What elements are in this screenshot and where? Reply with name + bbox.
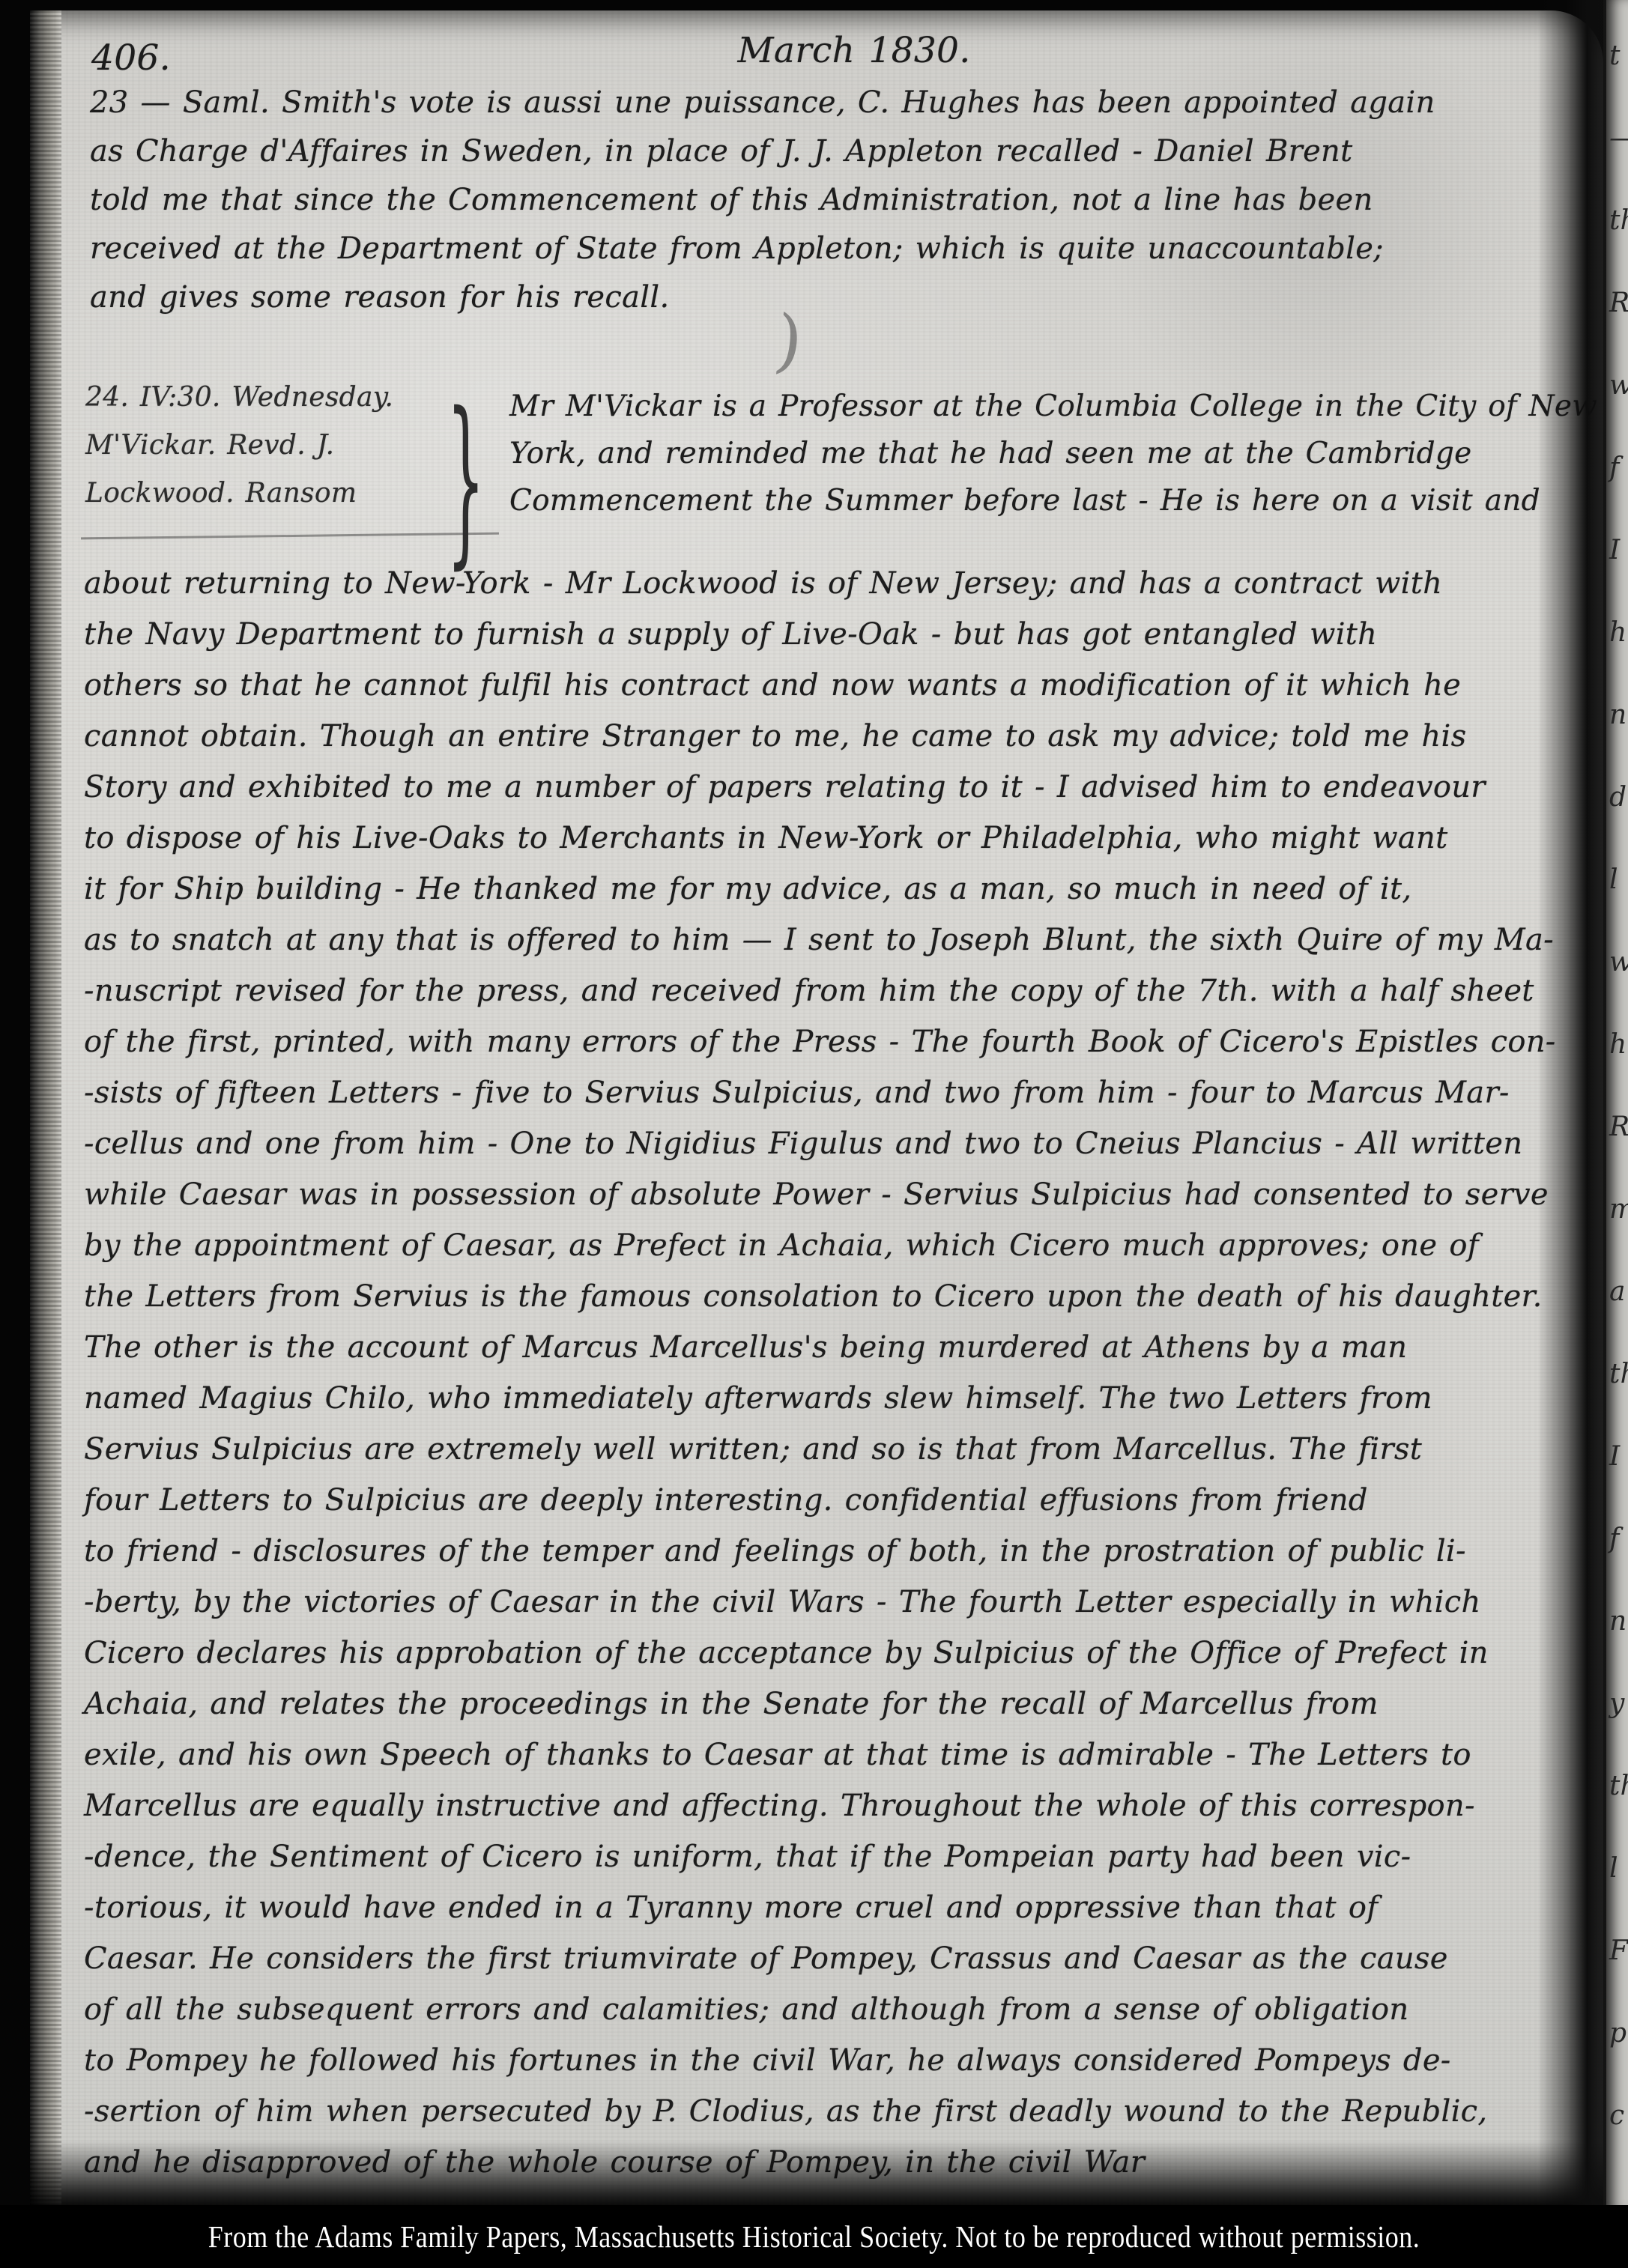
entry-line: to friend - disclosures of the temper an… [84, 1534, 1575, 1585]
entry-24-opening: Mr M'Vickar is a Professor at the Columb… [509, 389, 1573, 531]
entry-line: told me that since the Commencement of t… [90, 183, 1566, 231]
entry-line: while Caesar was in possession of absolu… [84, 1177, 1575, 1228]
entry-line: by the appointment of Caesar, as Prefect… [84, 1228, 1575, 1279]
entry-line: the Navy Department to furnish a supply … [84, 617, 1575, 668]
entry-line: as to snatch at any that is offered to h… [84, 923, 1575, 974]
facing-page-fragments: t—thRwfIhndlwhRmathIfnythlFpc [1603, 40, 1628, 2183]
entry-line: others so that he cannot fulfil his cont… [84, 668, 1575, 719]
facing-page-fragment: l [1603, 1853, 1628, 1935]
entry-line: Story and exhibited to me a number of pa… [84, 770, 1575, 821]
facing-page-fragment: a [1603, 1276, 1628, 1359]
entry-line: Commencement the Summer before last - He… [509, 484, 1573, 531]
entry-line: received at the Department of State from… [90, 231, 1566, 280]
entry-line: and he disapproved of the whole course o… [84, 2145, 1575, 2196]
entry-line: named Magius Chilo, who immediately afte… [84, 1381, 1575, 1432]
entry-line: four Letters to Sulpicius are deeply int… [84, 1483, 1575, 1534]
entry-line: Marcellus are equally instructive and af… [84, 1789, 1575, 1840]
entry-24-body: about returning to New-York - Mr Lockwoo… [84, 566, 1575, 2196]
facing-page-fragment: f [1603, 1523, 1628, 1606]
facing-page-fragment: n [1603, 700, 1628, 782]
facing-page-fragment: — [1603, 123, 1628, 205]
facing-page-fragment: w [1603, 370, 1628, 452]
entry-line: of the first, printed, with many errors … [84, 1025, 1575, 1076]
entry-line: 23 — Saml. Smith's vote is aussi une pui… [90, 85, 1566, 134]
pencil-underline [81, 533, 499, 540]
facing-page-fragment: y [1603, 1688, 1628, 1771]
facing-page-fragment: w [1603, 947, 1628, 1029]
copyright-caption: From the Adams Family Papers, Massachuse… [208, 2219, 1420, 2255]
facing-page-fragment: th [1603, 1771, 1628, 1853]
facing-page-fragment: th [1603, 205, 1628, 288]
margin-note-line: Lockwood. Ransom [85, 478, 393, 526]
manuscript-page: 406. March 1830. 23 — Saml. Smith's vote… [30, 10, 1603, 2205]
entry-line: Caesar. He considers the first triumvira… [84, 1941, 1575, 1992]
facing-page-fragment: l [1603, 864, 1628, 947]
entry-line: cannot obtain. Though an entire Stranger… [84, 719, 1575, 770]
facing-page-pad [1603, 0, 1628, 40]
entry-line: York, and reminded me that he had seen m… [509, 437, 1573, 484]
entry-line: -sertion of him when persecuted by P. Cl… [84, 2094, 1575, 2145]
entry-line: and gives some reason for his recall. [90, 280, 1566, 329]
facing-page-fragment: t [1603, 40, 1628, 123]
facing-page-fragment: m [1603, 1194, 1628, 1276]
entry-line: -cellus and one from him - One to Nigidi… [84, 1127, 1575, 1177]
entry-line: to Pompey he followed his fortunes in th… [84, 2043, 1575, 2094]
facing-page-fragment: R [1603, 1112, 1628, 1194]
entry-line: Achaia, and relates the proceedings in t… [84, 1687, 1575, 1738]
diary-entry-23: 23 — Saml. Smith's vote is aussi une pui… [90, 85, 1566, 329]
entry-24-margin-note: 24. IV:30. Wednesday.M'Vickar. Revd. J.L… [85, 382, 393, 526]
entry-line: about returning to New-York - Mr Lockwoo… [84, 566, 1575, 617]
facing-page-fragment: p [1603, 2018, 1628, 2100]
facing-page-strip: t—thRwfIhndlwhRmathIfnythlFpc [1603, 0, 1628, 2210]
date-heading: March 1830. [180, 30, 1528, 71]
entry-line: the Letters from Servius is the famous c… [84, 1279, 1575, 1330]
entry-line: -nuscript revised for the press, and rec… [84, 974, 1575, 1025]
facing-page-fragment: f [1603, 452, 1628, 535]
margin-brace: } [447, 376, 485, 586]
facing-page-fragment: n [1603, 1606, 1628, 1688]
book-edge [30, 10, 61, 2205]
entry-line: of all the subsequent errors and calamit… [84, 1992, 1575, 2043]
facing-page-fragment: R [1603, 288, 1628, 370]
facing-page-fragment: h [1603, 617, 1628, 700]
entry-line: -dence, the Sentiment of Cicero is unifo… [84, 1840, 1575, 1890]
facing-page-fragment: F [1603, 1935, 1628, 2018]
entry-line: it for Ship building - He thanked me for… [84, 872, 1575, 923]
entry-line: Mr M'Vickar is a Professor at the Columb… [509, 389, 1573, 437]
entry-line: exile, and his own Speech of thanks to C… [84, 1738, 1575, 1789]
facing-page-fragment: c [1603, 2100, 1628, 2183]
entry-line: Servius Sulpicius are extremely well wri… [84, 1432, 1575, 1483]
entry-line: as Charge d'Affaires in Sweden, in place… [90, 134, 1566, 183]
margin-note-line: M'Vickar. Revd. J. [85, 430, 393, 478]
entry-line: to dispose of his Live-Oaks to Merchants… [84, 821, 1575, 872]
entry-line: Cicero declares his approbation of the a… [84, 1636, 1575, 1687]
facing-page-fragment: I [1603, 1441, 1628, 1523]
copyright-bar: From the Adams Family Papers, Massachuse… [0, 2205, 1628, 2268]
facing-page-fragment: d [1603, 782, 1628, 864]
manuscript-scan: 406. March 1830. 23 — Saml. Smith's vote… [0, 0, 1628, 2268]
facing-page-fragment: h [1603, 1029, 1628, 1112]
facing-page-fragment: I [1603, 535, 1628, 617]
margin-note-line: 24. IV:30. Wednesday. [85, 382, 393, 430]
entry-line: -berty, by the victories of Caesar in th… [84, 1585, 1575, 1636]
facing-page-fragment: th [1603, 1359, 1628, 1441]
entry-line: -sists of fifteen Letters - five to Serv… [84, 1076, 1575, 1127]
entry-line: -torious, it would have ended in a Tyran… [84, 1890, 1575, 1941]
page-number: 406. [91, 37, 171, 79]
entry-line: The other is the account of Marcus Marce… [84, 1330, 1575, 1381]
